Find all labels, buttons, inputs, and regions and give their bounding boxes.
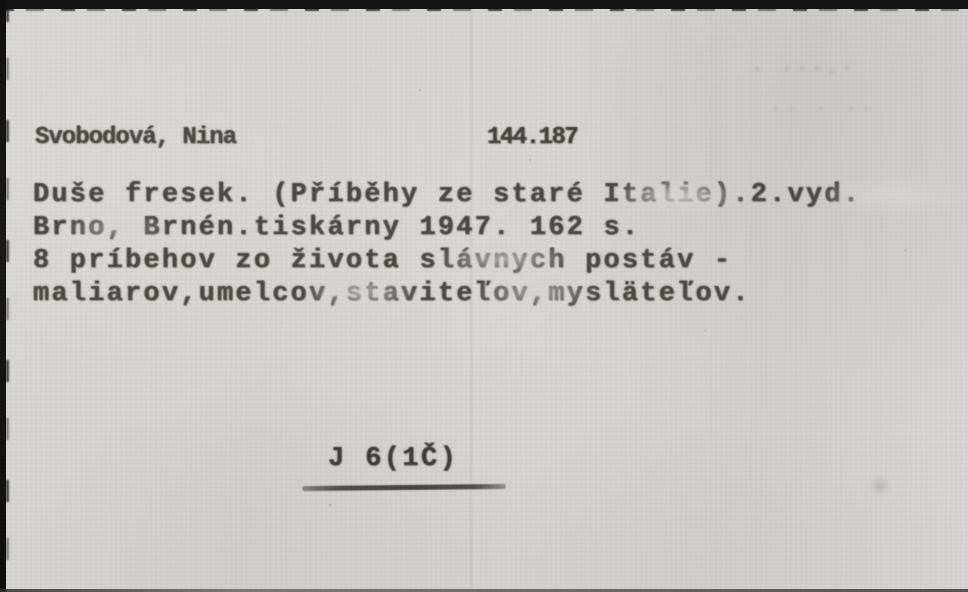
call-number: 144.187 — [487, 124, 577, 151]
annotation-line-1: 8 príbehov zo života slávnych postáv - — [33, 245, 861, 278]
scan-edge-top — [0, 0, 968, 9]
annotation-line-2: maliarov,umelcov,staviteľov,mysläteľov. — [33, 278, 861, 311]
scan-edge-left — [0, 0, 6, 592]
author-heading: Svobodová, Nina — [35, 124, 236, 151]
bibliographic-description: Duše fresek. (Příběhy ze staré Italie).2… — [33, 179, 861, 311]
imprint-line: Brno, Brnén.tiskárny 1947. 162 s. — [33, 212, 861, 245]
shelf-signature: J 6(1Č) — [328, 444, 458, 474]
title-edition-line: Duše fresek. (Příběhy ze staré Italie).2… — [33, 179, 861, 212]
bleed-through-smudge: ·· · ·· — [770, 98, 875, 121]
bleed-through-smudge: ·.··· · — [748, 57, 853, 82]
bleed-through-smudge: · — [10, 288, 23, 306]
catalog-card-scan: Svobodová, Nina 144.187 Duše fresek. (Př… — [0, 0, 968, 592]
signature-underline — [302, 484, 506, 491]
